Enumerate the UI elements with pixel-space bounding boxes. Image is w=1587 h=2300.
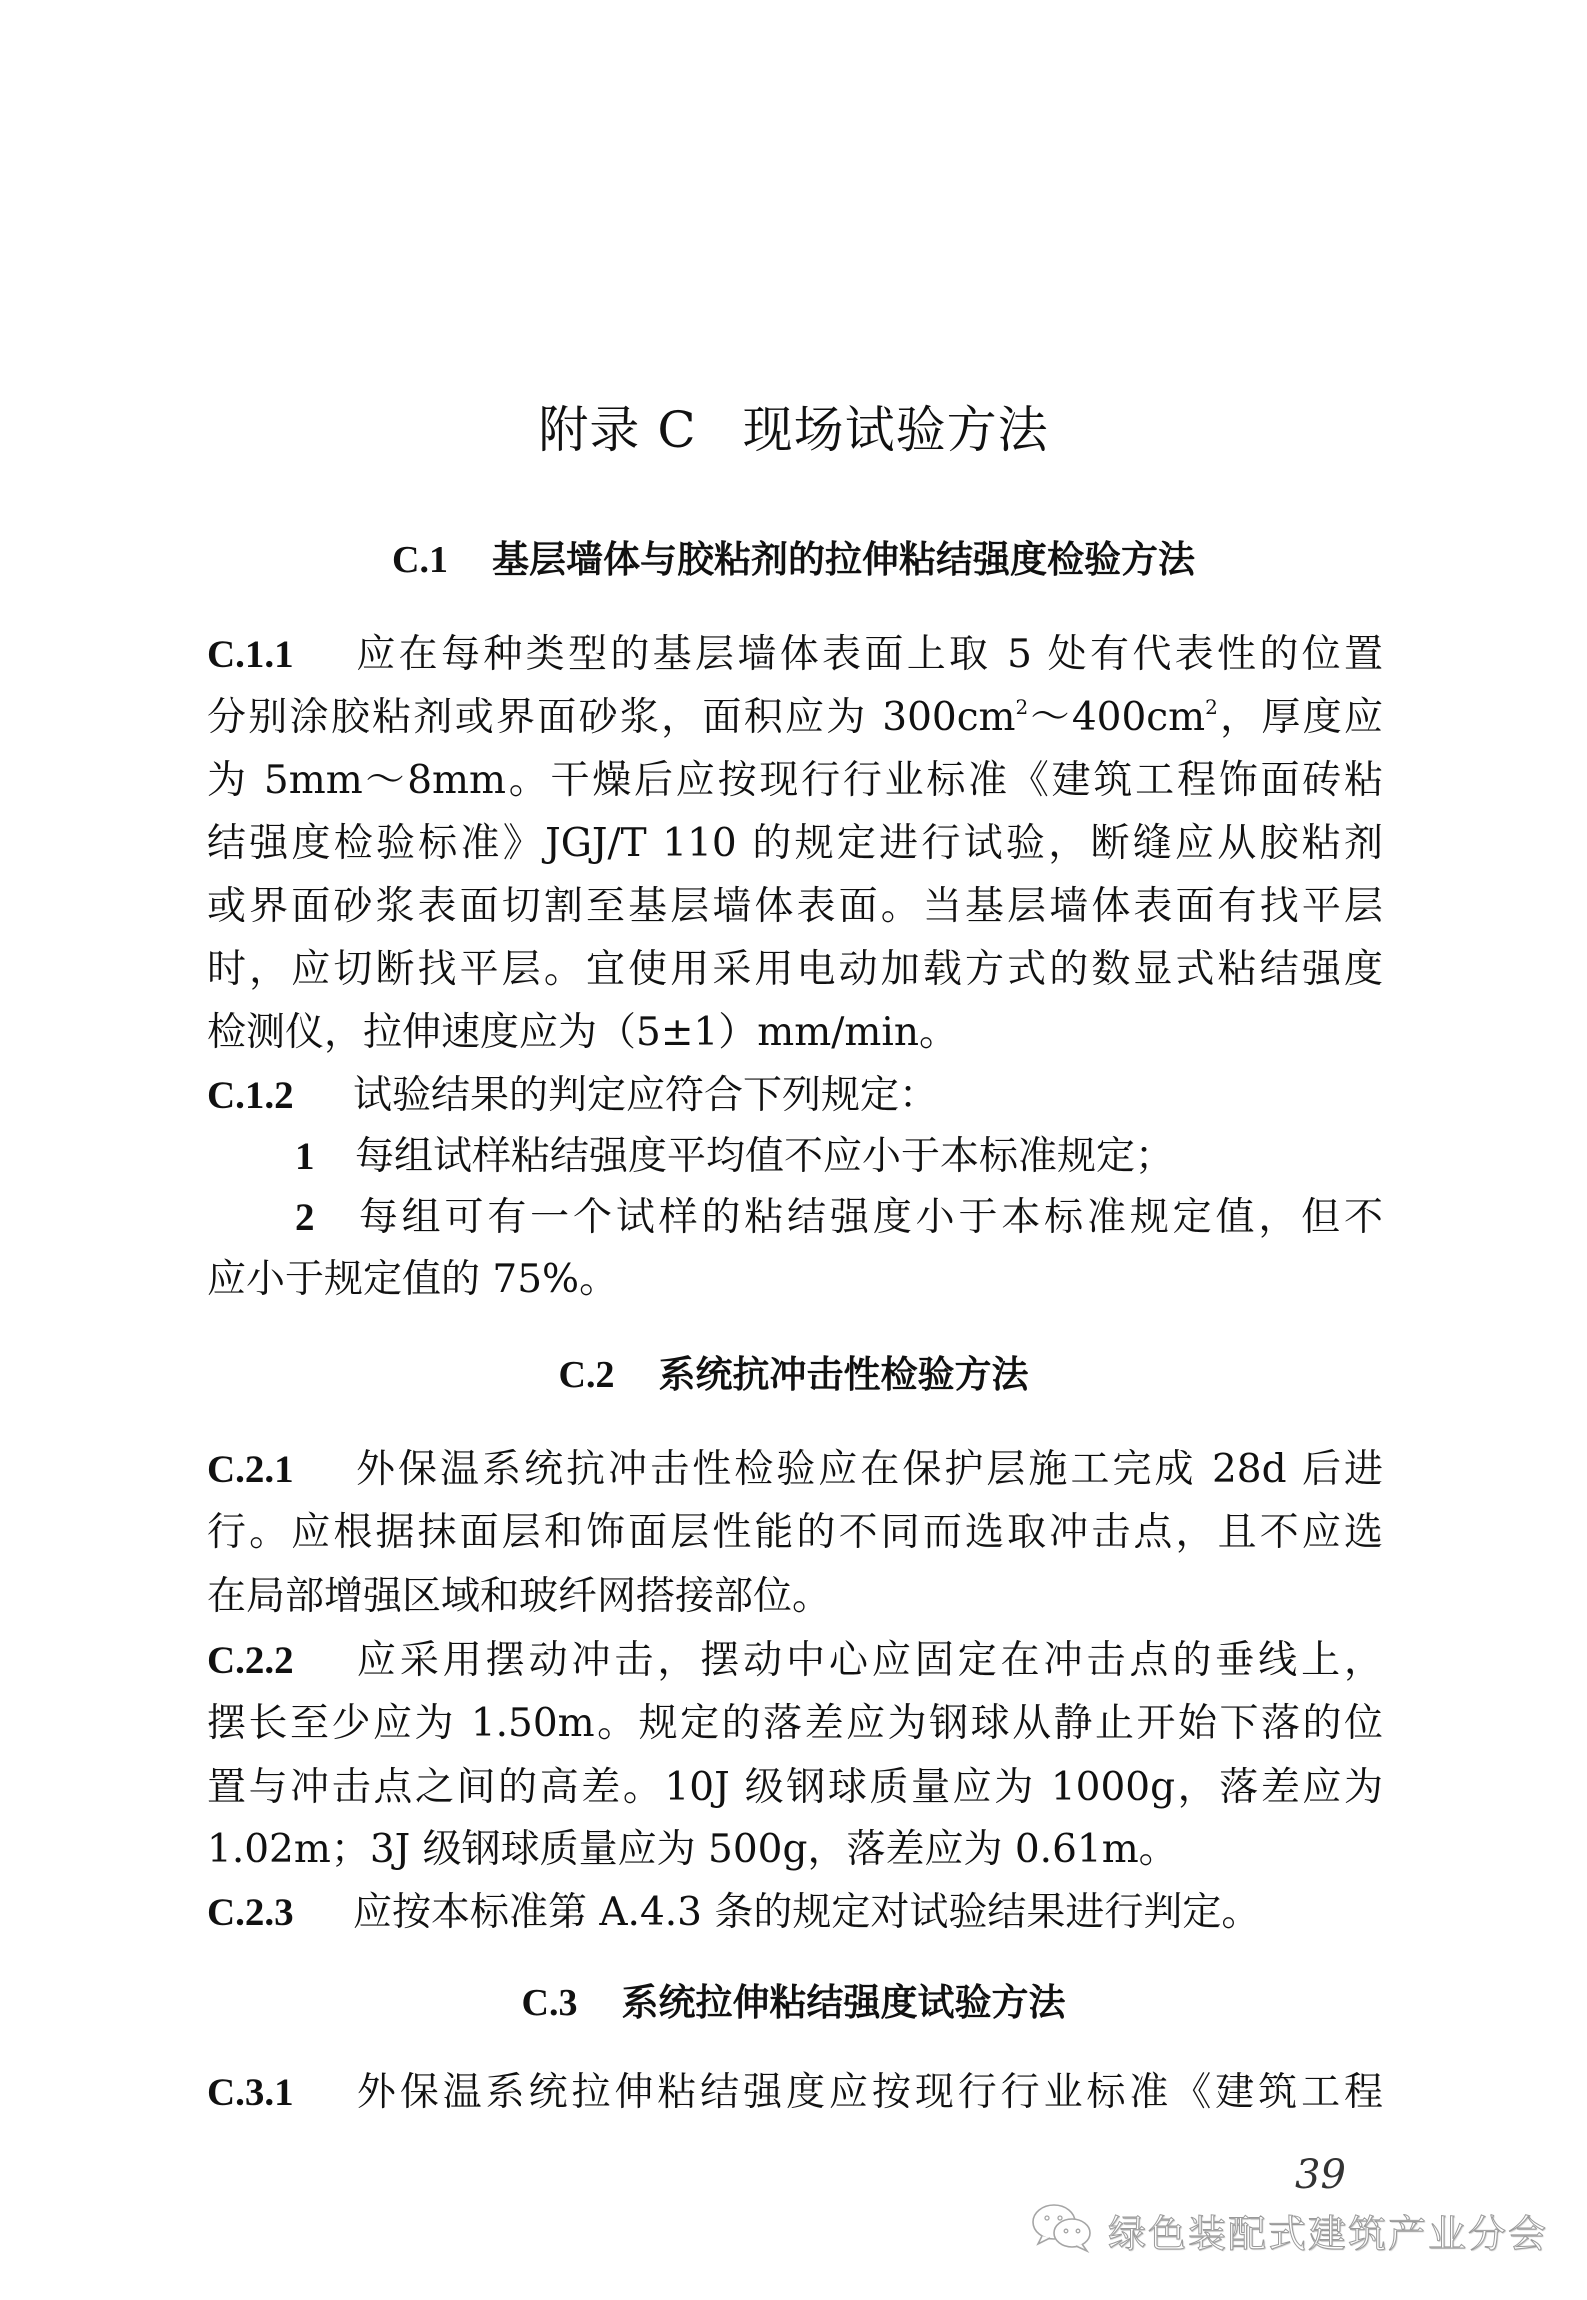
clause-text: 结强度检验标准》JGJ/T 110 的规定进行试验，断缝应从胶粘剂 [207, 821, 1383, 866]
item-number: 1 [295, 1131, 355, 1183]
section-title: 系统抗冲击性检验方法 [658, 1353, 1028, 1396]
clause-c2-1-line-2: 行。应根据抹面层和饰面层性能的不同而选取冲击点，且不应选 [207, 1507, 1383, 1559]
section-number: C.2 [559, 1354, 615, 1396]
clause-c3-1-line-1: C.3.1外保温系统拉伸粘结强度应按现行行业标准《建筑工程 [207, 2067, 1383, 2119]
clause-text: 分别涂胶粘剂或界面砂浆，面积应为 300cm [207, 695, 1016, 740]
clause-text: 外保温系统抗冲击性检验应在保护层施工完成 28d 后进 [353, 1447, 1383, 1492]
clause-text: 外保温系统拉伸粘结强度应按现行行业标准《建筑工程 [353, 2070, 1383, 2115]
clause-c1-1-line-4: 结强度检验标准》JGJ/T 110 的规定进行试验，断缝应从胶粘剂 [207, 818, 1383, 870]
clause-c1-1-line-6: 时，应切断找平层。宜使用采用电动加载方式的数显式粘结强度 [207, 944, 1383, 996]
clause-number: C.2.1 [207, 1444, 353, 1496]
clause-text: 应按本标准第 A.4.3 条的规定对试验结果进行判定。 [353, 1890, 1260, 1935]
clause-text: 1.02m；3J 级钢球质量应为 500g，落差应为 0.61m。 [207, 1827, 1178, 1872]
watermark: 绿色装配式建筑产业分会 [1030, 2200, 1548, 2260]
clause-c1-1-line-2: 分别涂胶粘剂或界面砂浆，面积应为 300cm2～400cm2，厚度应 [207, 692, 1383, 744]
section-title: 系统拉伸粘结强度试验方法 [621, 1981, 1065, 2024]
clause-number: C.1.2 [207, 1070, 353, 1122]
section-number: C.1 [392, 539, 448, 581]
clause-text: 在局部增强区域和玻纤网搭接部位。 [207, 1574, 831, 1619]
clause-text: 置与冲击点之间的高差。10J 级钢球质量应为 1000g，落差应为 [207, 1765, 1383, 1810]
clause-c1-2-item-1: 1每组试样粘结强度平均值不应小于本标准规定； [207, 1131, 1383, 1183]
appendix-title: 附录 C现场试验方法 [0, 398, 1587, 462]
clause-text: 检测仪，拉伸速度应为（5±1）mm/min。 [207, 1010, 958, 1055]
clause-c1-2-item-2-cont: 应小于规定值的 75%。 [207, 1254, 1383, 1306]
clause-c1-1-line-3: 为 5mm～8mm。干燥后应按现行行业标准《建筑工程饰面砖粘 [207, 755, 1383, 807]
clause-c1-2-item-2: 2每组可有一个试样的粘结强度小于本标准规定值，但不 [207, 1192, 1383, 1244]
item-text: 每组试样粘结强度平均值不应小于本标准规定； [355, 1134, 1174, 1179]
superscript: 2 [1016, 695, 1029, 719]
clause-number: C.3.1 [207, 2067, 353, 2119]
page-number: 39 [1295, 2152, 1346, 2198]
appendix-label: 附录 C [538, 401, 696, 459]
clause-text: 应采用摆动冲击，摆动中心应固定在冲击点的垂线上， [353, 1638, 1383, 1683]
clause-c2-1-line-3: 在局部增强区域和玻纤网搭接部位。 [207, 1571, 1383, 1623]
clause-number: C.2.2 [207, 1635, 353, 1687]
clause-text: ～400cm [1028, 695, 1205, 740]
superscript: 2 [1205, 695, 1218, 719]
clause-c1-1-line-7: 检测仪，拉伸速度应为（5±1）mm/min。 [207, 1007, 1383, 1059]
clause-c2-2-line-3: 置与冲击点之间的高差。10J 级钢球质量应为 1000g，落差应为 [207, 1762, 1383, 1814]
clause-c2-1-line-1: C.2.1外保温系统抗冲击性检验应在保护层施工完成 28d 后进 [207, 1444, 1383, 1496]
watermark-text: 绿色装配式建筑产业分会 [1108, 2203, 1548, 2258]
wechat-icon [1030, 2202, 1096, 2258]
clause-text: 试验结果的判定应符合下列规定： [353, 1073, 938, 1118]
clause-text: 行。应根据抹面层和饰面层性能的不同而选取冲击点，且不应选 [207, 1510, 1383, 1555]
section-title: 基层墙体与胶粘剂的拉伸粘结强度检验方法 [492, 538, 1195, 581]
item-number: 2 [295, 1192, 355, 1244]
clause-text: ，厚度应 [1218, 695, 1383, 740]
clause-c1-1-line-1: C.1.1应在每种类型的基层墙体表面上取 5 处有代表性的位置 [207, 629, 1383, 681]
clause-text: 时，应切断找平层。宜使用采用电动加载方式的数显式粘结强度 [207, 947, 1383, 992]
appendix-title-text: 现场试验方法 [743, 401, 1049, 459]
clause-c1-1-line-5: 或界面砂浆表面切割至基层墙体表面。当基层墙体表面有找平层 [207, 881, 1383, 933]
clause-number: C.2.3 [207, 1887, 353, 1939]
clause-text: 或界面砂浆表面切割至基层墙体表面。当基层墙体表面有找平层 [207, 884, 1383, 929]
section-heading-c1: C.1基层墙体与胶粘剂的拉伸粘结强度检验方法 [0, 535, 1587, 585]
clause-text: 为 5mm～8mm。干燥后应按现行行业标准《建筑工程饰面砖粘 [207, 758, 1383, 803]
clause-text: 摆长至少应为 1.50m。规定的落差应为钢球从静止开始下落的位 [207, 1701, 1383, 1746]
clause-c2-2-line-4: 1.02m；3J 级钢球质量应为 500g，落差应为 0.61m。 [207, 1824, 1383, 1876]
clause-number: C.1.1 [207, 629, 353, 681]
item-text: 应小于规定值的 75%。 [207, 1257, 618, 1302]
clause-text: 应在每种类型的基层墙体表面上取 5 处有代表性的位置 [353, 632, 1383, 677]
document-page: 附录 C现场试验方法 C.1基层墙体与胶粘剂的拉伸粘结强度检验方法 C.1.1应… [0, 0, 1587, 2300]
clause-c2-2-line-2: 摆长至少应为 1.50m。规定的落差应为钢球从静止开始下落的位 [207, 1698, 1383, 1750]
clause-c2-2-line-1: C.2.2应采用摆动冲击，摆动中心应固定在冲击点的垂线上， [207, 1635, 1383, 1687]
item-text: 每组可有一个试样的粘结强度小于本标准规定值，但不 [355, 1195, 1383, 1240]
section-number: C.3 [522, 1982, 578, 2024]
section-heading-c2: C.2系统抗冲击性检验方法 [0, 1350, 1587, 1400]
section-heading-c3: C.3系统拉伸粘结强度试验方法 [0, 1978, 1587, 2028]
clause-c2-3: C.2.3应按本标准第 A.4.3 条的规定对试验结果进行判定。 [207, 1887, 1383, 1939]
clause-c1-2: C.1.2试验结果的判定应符合下列规定： [207, 1070, 1383, 1122]
